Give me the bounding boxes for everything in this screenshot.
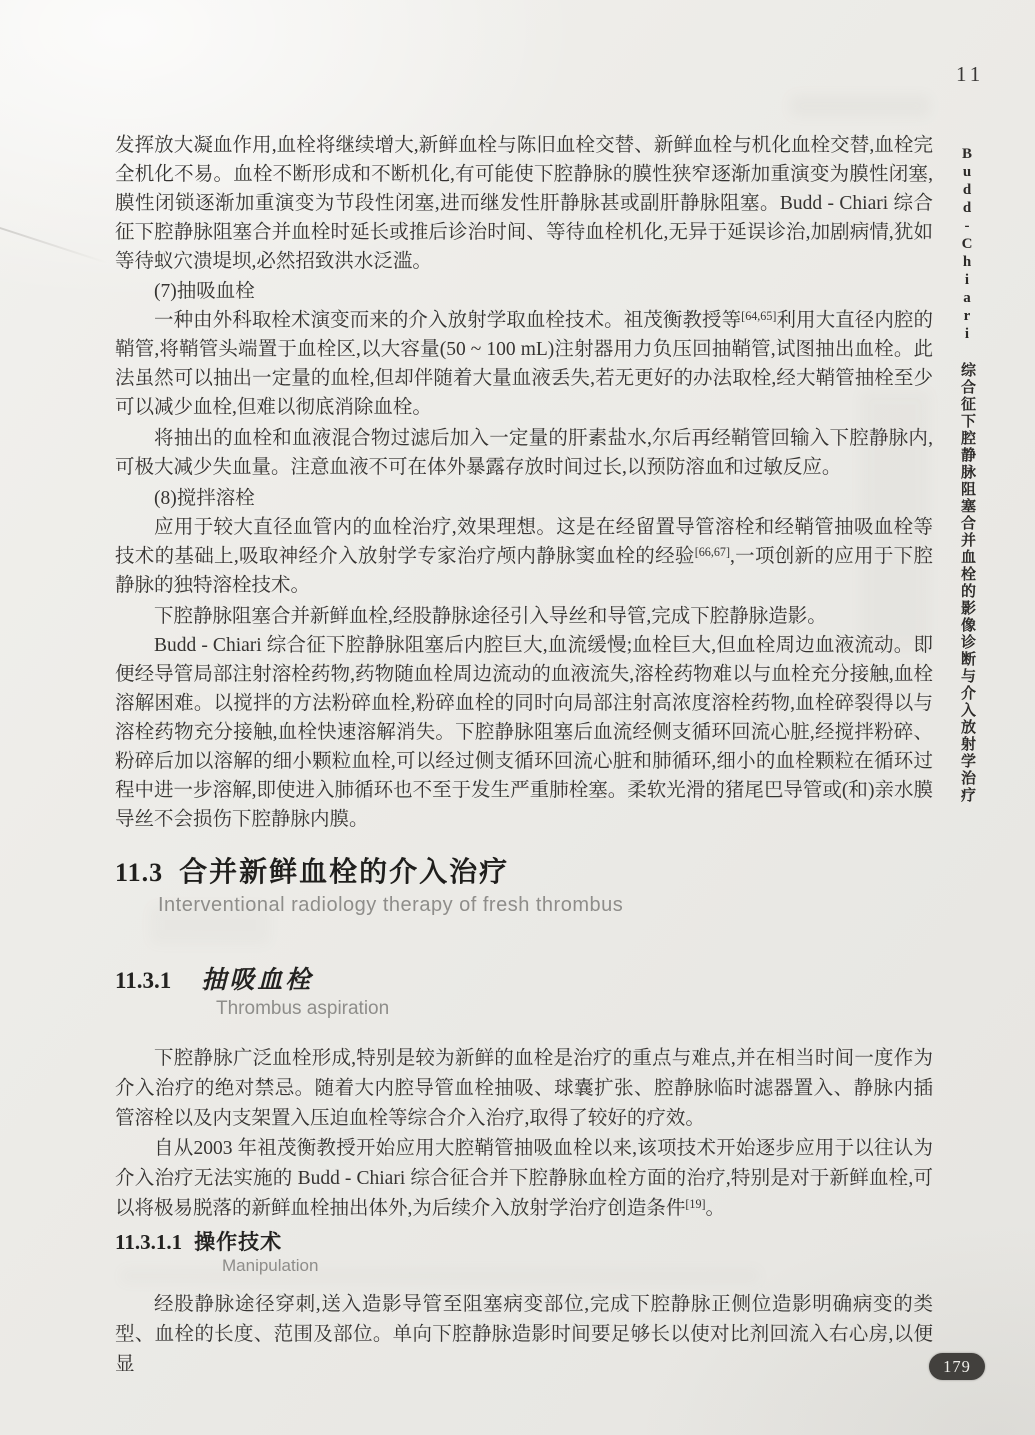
section-number: 11.3.1.1 [115, 1230, 182, 1255]
citation-ref: [64,65] [741, 309, 776, 323]
list-item-8: (8)搅拌溶栓 [115, 484, 933, 513]
page-number: 179 [943, 1357, 971, 1377]
section-title-zh: 抽吸血栓 [201, 960, 313, 996]
scanned-book-page: 11 Budd-Chiari 综合征下腔静脉阻塞合并血栓的影像诊断与介入放射学治… [0, 0, 1035, 1435]
list-item-7: (7)抽吸血栓 [115, 277, 933, 306]
running-title-vertical: Budd-Chiari 综合征下腔静脉阻塞合并血栓的影像诊断与介入放射学治疗 [957, 146, 978, 806]
section-heading-11-3-1-1: 11.3.1.1 操作技术 [115, 1226, 282, 1256]
citation-ref: [66,67] [695, 545, 730, 559]
paragraph-aspiration: 一种由外科取栓术演变而来的介入放射学取血栓技术。祖茂衡教授等[64,65]利用大… [115, 306, 933, 422]
section-number: 11.3 [115, 858, 163, 888]
section-title-en: Interventional radiology therapy of fres… [158, 894, 623, 917]
paragraph-text: 。 [706, 1198, 726, 1219]
section-title-en: Thrombus aspiration [216, 998, 389, 1020]
citation-ref: [19] [685, 1197, 705, 1211]
paragraph-reinfusion: 将抽出的血栓和血液混合物过滤后加入一定量的肝素盐水,尔后再经鞘管回输入下腔静脉内… [115, 424, 933, 482]
paragraph-text: 一种由外科取栓术演变而来的介入放射学取血栓技术。祖茂衡教授等 [154, 310, 741, 331]
paragraph-continuation: 发挥放大凝血作用,血栓将继续增大,新鲜血栓与陈旧血栓交替、新鲜血栓与机化血栓交替… [115, 131, 933, 276]
paragraph-text: 自从2003 年祖茂衡教授开始应用大腔鞘管抽吸血栓以来,该项技术开始逐步应用于以… [115, 1138, 933, 1219]
paragraph-mechanism: Budd - Chiari 综合征下腔静脉阻塞后内腔巨大,血流缓慢;血栓巨大,但… [115, 631, 933, 834]
paragraph-technique: 经股静脉途径穿刺,送入造影导管至阻塞病变部位,完成下腔静脉正侧位造影明确病变的类… [115, 1290, 933, 1380]
section-heading-11-3-1: 11.3.1 抽吸血栓 [115, 960, 313, 996]
paragraph-stir-thrombolysis: 应用于较大直径血管内的血栓治疗,效果理想。这是在经留置导管溶栓和经鞘管抽吸血栓等… [115, 513, 933, 600]
section-title-en: Manipulation [222, 1256, 318, 1276]
paragraph-overview: 下腔静脉广泛血栓形成,特别是较为新鲜的血栓是治疗的重点与难点,并在相当时间一度作… [115, 1044, 933, 1134]
scan-crease [0, 218, 107, 263]
scan-artifact [790, 95, 930, 117]
paragraph-since-2003: 自从2003 年祖茂衡教授开始应用大腔鞘管抽吸血栓以来,该项技术开始逐步应用于以… [115, 1134, 933, 1224]
scan-artifact [120, 1268, 760, 1284]
section-title-zh: 合并新鲜血栓的介入治疗 [179, 850, 509, 890]
section-title-zh: 操作技术 [194, 1226, 282, 1256]
paragraph-venography: 下腔静脉阻塞合并新鲜血栓,经股静脉途径引入导丝和导管,完成下腔静脉造影。 [115, 602, 933, 631]
section-number: 11.3.1 [115, 968, 171, 994]
chapter-number: 11 [956, 62, 984, 87]
section-heading-11-3: 11.3 合并新鲜血栓的介入治疗 [115, 850, 509, 890]
page-number-badge: 179 [929, 1353, 985, 1380]
